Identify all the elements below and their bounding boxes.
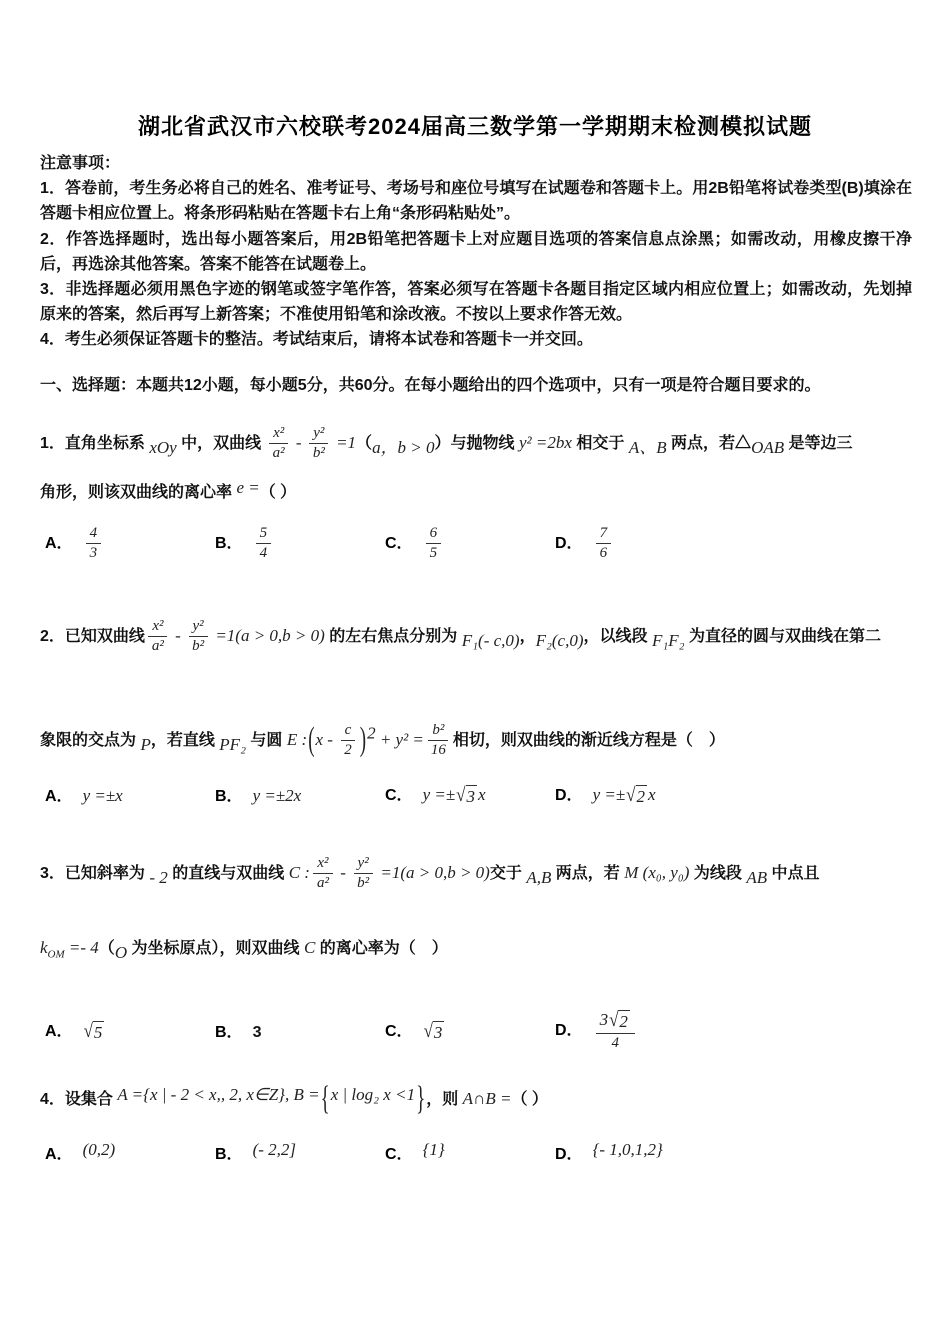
text-run: ， [520,628,536,645]
fraction-numerator: c [341,722,356,741]
math-run: x [648,785,656,804]
option-label: C． [385,1146,413,1163]
math-run: C [304,938,315,957]
math-run: (- 2,2] [253,1140,296,1159]
text-run: 角形，则该双曲线的离心率 [40,484,236,501]
math-run: M (x₀, y₀) [624,863,689,882]
text-run: ）与抛物线 [435,435,519,452]
text-run: 3．已知斜率为 [40,865,149,882]
text-run: 的直线与双曲线 [168,865,289,882]
radical-sign: √ [626,784,635,807]
fraction-numerator: x² [148,618,167,637]
radical-sign: √ [609,1009,618,1031]
text-run: ，则 [426,1091,462,1108]
option-cell: D．76 [555,525,614,563]
math-fraction: 54 [256,525,272,563]
fraction-numerator: 5 [256,525,272,544]
notice-heading: 注意事项： [40,150,120,173]
option-label: C． [385,535,413,552]
math-radical: √2 [609,1010,630,1032]
option-label: C． [385,1023,413,1040]
math-run: y =±x [83,786,123,805]
math-run: A ={x | - 2 < x,, 2, x∈Z}, B = [117,1085,319,1104]
text-run: 是等边三 [784,435,852,452]
math-radical: √5 [84,1021,105,1043]
text-run: 的离心率为（ ） [315,940,447,957]
option-cell: A．y =±x [45,783,215,806]
math-run: y =± [593,785,626,804]
big-bracket: } [416,1080,425,1120]
math-fraction: b²16 [427,722,450,760]
math-fraction: x²a² [148,618,168,656]
text-run: 为线段 [689,865,746,882]
math-run: P [140,735,150,754]
math-run: e = [236,478,259,497]
math-run: {1} [423,1140,445,1159]
math-run: =1 [332,433,356,452]
math-run: - [292,433,306,452]
math-run: {- 1,0,1,2} [593,1140,663,1159]
radical-sign: √ [84,1020,93,1043]
question-1-options: A．43B．54C．65D．76 [45,525,614,563]
text-run: （ [99,940,115,957]
option-label: B． [215,788,243,805]
math-run: A∩B = [463,1089,512,1108]
question-2-line-1: 2．已知双曲线x²a² - y²b² =1(a > 0,b > 0) 的左右焦点… [40,618,881,656]
option-label: D． [555,1146,583,1163]
math-radical: √3 [456,785,477,807]
math-run: O [115,943,127,962]
radicand: 3 [466,785,478,807]
option-label: A． [45,535,73,552]
radicand: 5 [93,1021,105,1043]
radicand: 2 [618,1010,630,1032]
text-run: 两点，若 [551,865,624,882]
fraction-numerator: 6 [426,525,442,544]
math-subscript: OM [48,948,65,960]
option-label: A． [45,1146,73,1163]
question-3-line-2: kOM =- 4（O 为坐标原点），则双曲线 C 的离心率为（ ） [40,935,448,963]
option-cell: A．√5 [45,1018,215,1043]
math-fraction: y²b² [353,855,373,893]
fraction-denominator: b² [353,874,373,892]
math-run: a，b > 0 [372,438,434,457]
option-cell: D．y =±√2x [555,782,656,807]
math-run: E : [287,730,307,749]
fraction-denominator: a² [269,444,289,462]
math-run: - 2 [149,868,167,887]
exam-page: 湖北省武汉市六校联考2024届高三数学第一学期期末检测模拟试题 注意事项： 1．… [0,0,950,1344]
option-label: A． [45,1023,73,1040]
fraction-numerator: y² [309,425,328,444]
math-run: y² =2bx [519,433,572,452]
text-run: ，若直线 [151,732,219,749]
math-run: - [171,626,185,645]
text-run: （ ） [511,1091,547,1108]
option-label: D． [555,787,583,804]
fraction-denominator: 6 [596,544,612,562]
math-run: x - [316,730,338,749]
fraction-numerator: 4 [86,525,102,544]
question-4-line-1: 4．设集合 A ={x | - 2 < x,, 2, x∈Z}, B ={x |… [40,1085,548,1111]
math-radical: √3 [424,1021,445,1043]
text-run: 相切，则双曲线的渐近线方程是（ ） [453,732,725,749]
notice-item-1: 1．答卷前，考生务必将自己的姓名、准考证号、考场号和座位号填写在试题卷和答题卡上… [40,176,912,226]
big-bracket: ( [308,721,314,761]
text-run: 2．已知双曲线 [40,628,145,645]
fraction-denominator: b² [309,444,329,462]
option-label: B． [215,535,243,552]
math-run: - [336,863,350,882]
exam-title: 湖北省武汉市六校联考2024届高三数学第一学期期末检测模拟试题 [0,110,950,141]
option-label: B． [215,1024,243,1041]
option-cell: D．3√24 [555,1010,638,1052]
question-2-options: A．y =±xB．y =±2xC．y =±√3xD．y =±√2x [45,782,656,807]
text-run: （ [356,435,372,452]
section-1-heading: 一、选择题：本题共12小题，每小题5分，共60分。在每小题给出的四个选项中，只有… [40,372,821,395]
fraction-numerator: 3√2 [596,1010,635,1034]
option-label: A． [45,788,73,805]
option-cell: A．43 [45,525,215,563]
option-cell: B．3 [215,1019,385,1042]
math-run: =1(a > 0,b > 0) [376,863,490,882]
notice-item-2: 2．作答选择题时，选出每小题答案后，用2B铅笔把答题卡上对应题目选项的答案信息点… [40,227,912,277]
fraction-denominator: a² [313,874,333,892]
option-label: C． [385,787,413,804]
big-bracket: { [321,1080,330,1120]
option-label: B． [215,1146,243,1163]
fraction-numerator: b² [428,722,448,741]
math-run: F₁(- c,0) [462,631,520,650]
option-cell: D．{- 1,0,1,2} [555,1140,663,1164]
text-run: 3 [253,1024,262,1041]
option-cell: B．y =±2x [215,783,385,806]
fraction-denominator: 16 [427,741,450,759]
fraction-numerator: 7 [596,525,612,544]
question-1-line-1: 1．直角坐标系 xOy 中，双曲线 x²a² - y²b² =1（a，b > 0… [40,425,853,463]
math-run: x [478,785,486,804]
text-run: 的左右焦点分别为 [325,628,462,645]
math-fraction: x²a² [269,425,289,463]
math-fraction: y²b² [188,618,208,656]
fraction-denominator: 5 [426,544,442,562]
fraction-denominator: 4 [607,1034,623,1052]
fraction-numerator: x² [269,425,288,444]
math-subscripted: kOM [40,938,65,957]
option-cell: C．y =±√3x [385,782,555,807]
math-fraction: y²b² [309,425,329,463]
question-2-line-2: 象限的交点为 P，若直线 PF₂ 与圆 E :(x - c2)2 + y² =b… [40,722,725,760]
question-4-options: A．(0,2)B．(- 2,2]C．{1}D．{- 1,0,1,2} [45,1140,663,1164]
text-run: 1．直角坐标系 [40,435,149,452]
text-run: 为坐标原点），则双曲线 [127,940,304,957]
radical-sign: √ [424,1020,433,1043]
option-cell: A．(0,2) [45,1140,215,1164]
math-fraction: 43 [86,525,102,563]
math-run: xOy [149,438,176,457]
math-run: y =±2x [253,786,302,805]
math-superscript: 2 [367,724,376,743]
text-run: 中点且 [767,865,819,882]
fraction-denominator: a² [148,637,168,655]
option-label: D． [555,1022,583,1039]
text-run: 为直径的圆与双曲线在第二 [685,628,881,645]
text-run: 交于 [490,865,526,882]
text-run: 4．设集合 [40,1091,117,1108]
math-radical: √2 [626,785,647,807]
fraction-numerator: x² [313,855,332,874]
big-bracket: ) [360,721,366,761]
radical-sign: √ [456,784,465,807]
math-run: AB [746,868,767,887]
math-run: F₁F₂ [652,631,685,650]
question-3-line-1: 3．已知斜率为 - 2 的直线与双曲线 C :x²a² - y²b² =1(a … [40,855,820,893]
text-run: 相交于 [572,435,629,452]
math-fraction: 76 [596,525,612,563]
question-3-options: A．√5B．3C．√3D．3√24 [45,1010,638,1052]
math-run: + y² = [376,730,424,749]
text-run: 中，双曲线 [177,435,266,452]
math-run: =- 4 [65,938,99,957]
math-run: PF₂ [219,735,246,754]
text-run: 两点，若△ [667,435,751,452]
notice-item-4: 4．考生必须保证答题卡的整洁。考试结束后，请将本试卷和答题卡一并交回。 [40,327,912,352]
math-fraction: c2 [340,722,356,760]
text-run: ，以线段 [584,628,652,645]
fraction-numerator: y² [354,855,373,874]
fraction-denominator: 4 [256,544,272,562]
math-run: 3 [600,1010,609,1029]
math-run: A,B [526,868,551,887]
fraction-numerator: y² [189,618,208,637]
option-cell: B．(- 2,2] [215,1140,385,1164]
notice-item-3: 3．非选择题必须用黑色字迹的钢笔或签字笔作答，答案必须写在答题卡各题目指定区域内… [40,277,912,327]
math-fraction: 65 [426,525,442,563]
math-run: A、B [629,438,667,457]
radicand: 2 [636,785,648,807]
text-run: 与圆 [246,732,287,749]
text-run: （ ） [260,484,296,501]
math-run: y =± [423,785,456,804]
math-run: OAB [751,438,784,457]
radicand: 3 [433,1021,445,1043]
math-run: F₂(c,0) [536,631,584,650]
question-1-line-2: 角形，则该双曲线的离心率 e =（ ） [40,478,296,502]
math-run: C : [289,863,310,882]
option-cell: C．{1} [385,1140,555,1164]
fraction-denominator: b² [188,637,208,655]
math-fraction: x²a² [313,855,333,893]
math-run: =1(a > 0,b > 0) [211,626,325,645]
text-run: 象限的交点为 [40,732,140,749]
fraction-denominator: 2 [340,741,356,759]
math-run: x | log₂ x <1 [331,1085,415,1104]
option-cell: C．65 [385,525,555,563]
math-run: (0,2) [83,1140,116,1159]
option-cell: B．54 [215,525,385,563]
option-cell: C．√3 [385,1018,555,1043]
math-fraction: 3√24 [596,1010,635,1052]
fraction-denominator: 3 [86,544,102,562]
option-label: D． [555,535,583,552]
